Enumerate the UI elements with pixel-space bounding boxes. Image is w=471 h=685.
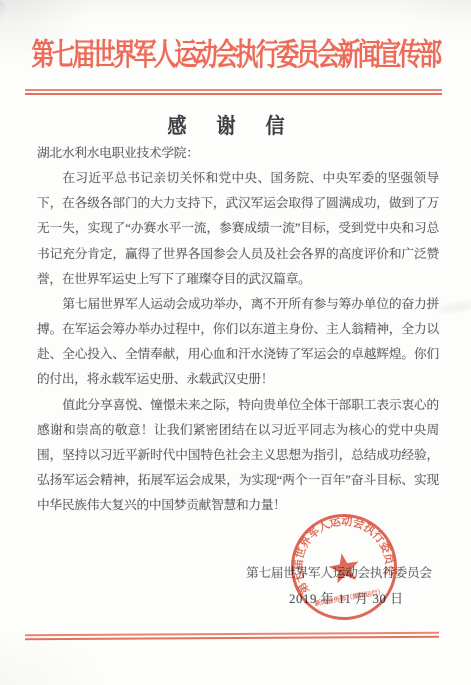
letterhead-double-rule — [25, 89, 442, 95]
paragraph-3: 值此分享喜悦、憧憬未来之际，特向贵单位全体干部职工表示衷心的感谢和崇高的敬意！让… — [37, 393, 439, 519]
seal-arc-text: 第七届世界军人运动会执行委员会 — [289, 512, 399, 598]
document-title: 感谢信 — [0, 109, 452, 139]
signature-org: 第七届世界军人运动会执行委员会 — [246, 562, 432, 581]
paragraph-2: 第七届世界军人运动会成功举办，离不开所有参与筹办单位的奋力拼搏。在军运会筹办举办… — [37, 292, 439, 393]
paragraph-1: 在习近平总书记亲切关怀和党中央、国务院、中央军委的坚强领导下，在各级各部门的大力… — [37, 166, 439, 292]
scanned-letter-page: 第七届世界军人运动会执行委员会新闻宣传部 感谢信 湖北水利水电职业技术学院： 在… — [0, 0, 471, 685]
letterhead-title: 第七届世界军人运动会执行委员会新闻宣传部 — [0, 31, 471, 75]
signature-date: 2019 年 11 月 30 日 — [289, 588, 404, 607]
footer-double-rule — [25, 632, 439, 641]
salutation: 湖北水利水电职业技术学院： — [37, 141, 439, 166]
letter-body: 湖北水利水电职业技术学院： 在习近平总书记亲切关怀和党中央、国务院、中央军委的坚… — [37, 141, 439, 518]
